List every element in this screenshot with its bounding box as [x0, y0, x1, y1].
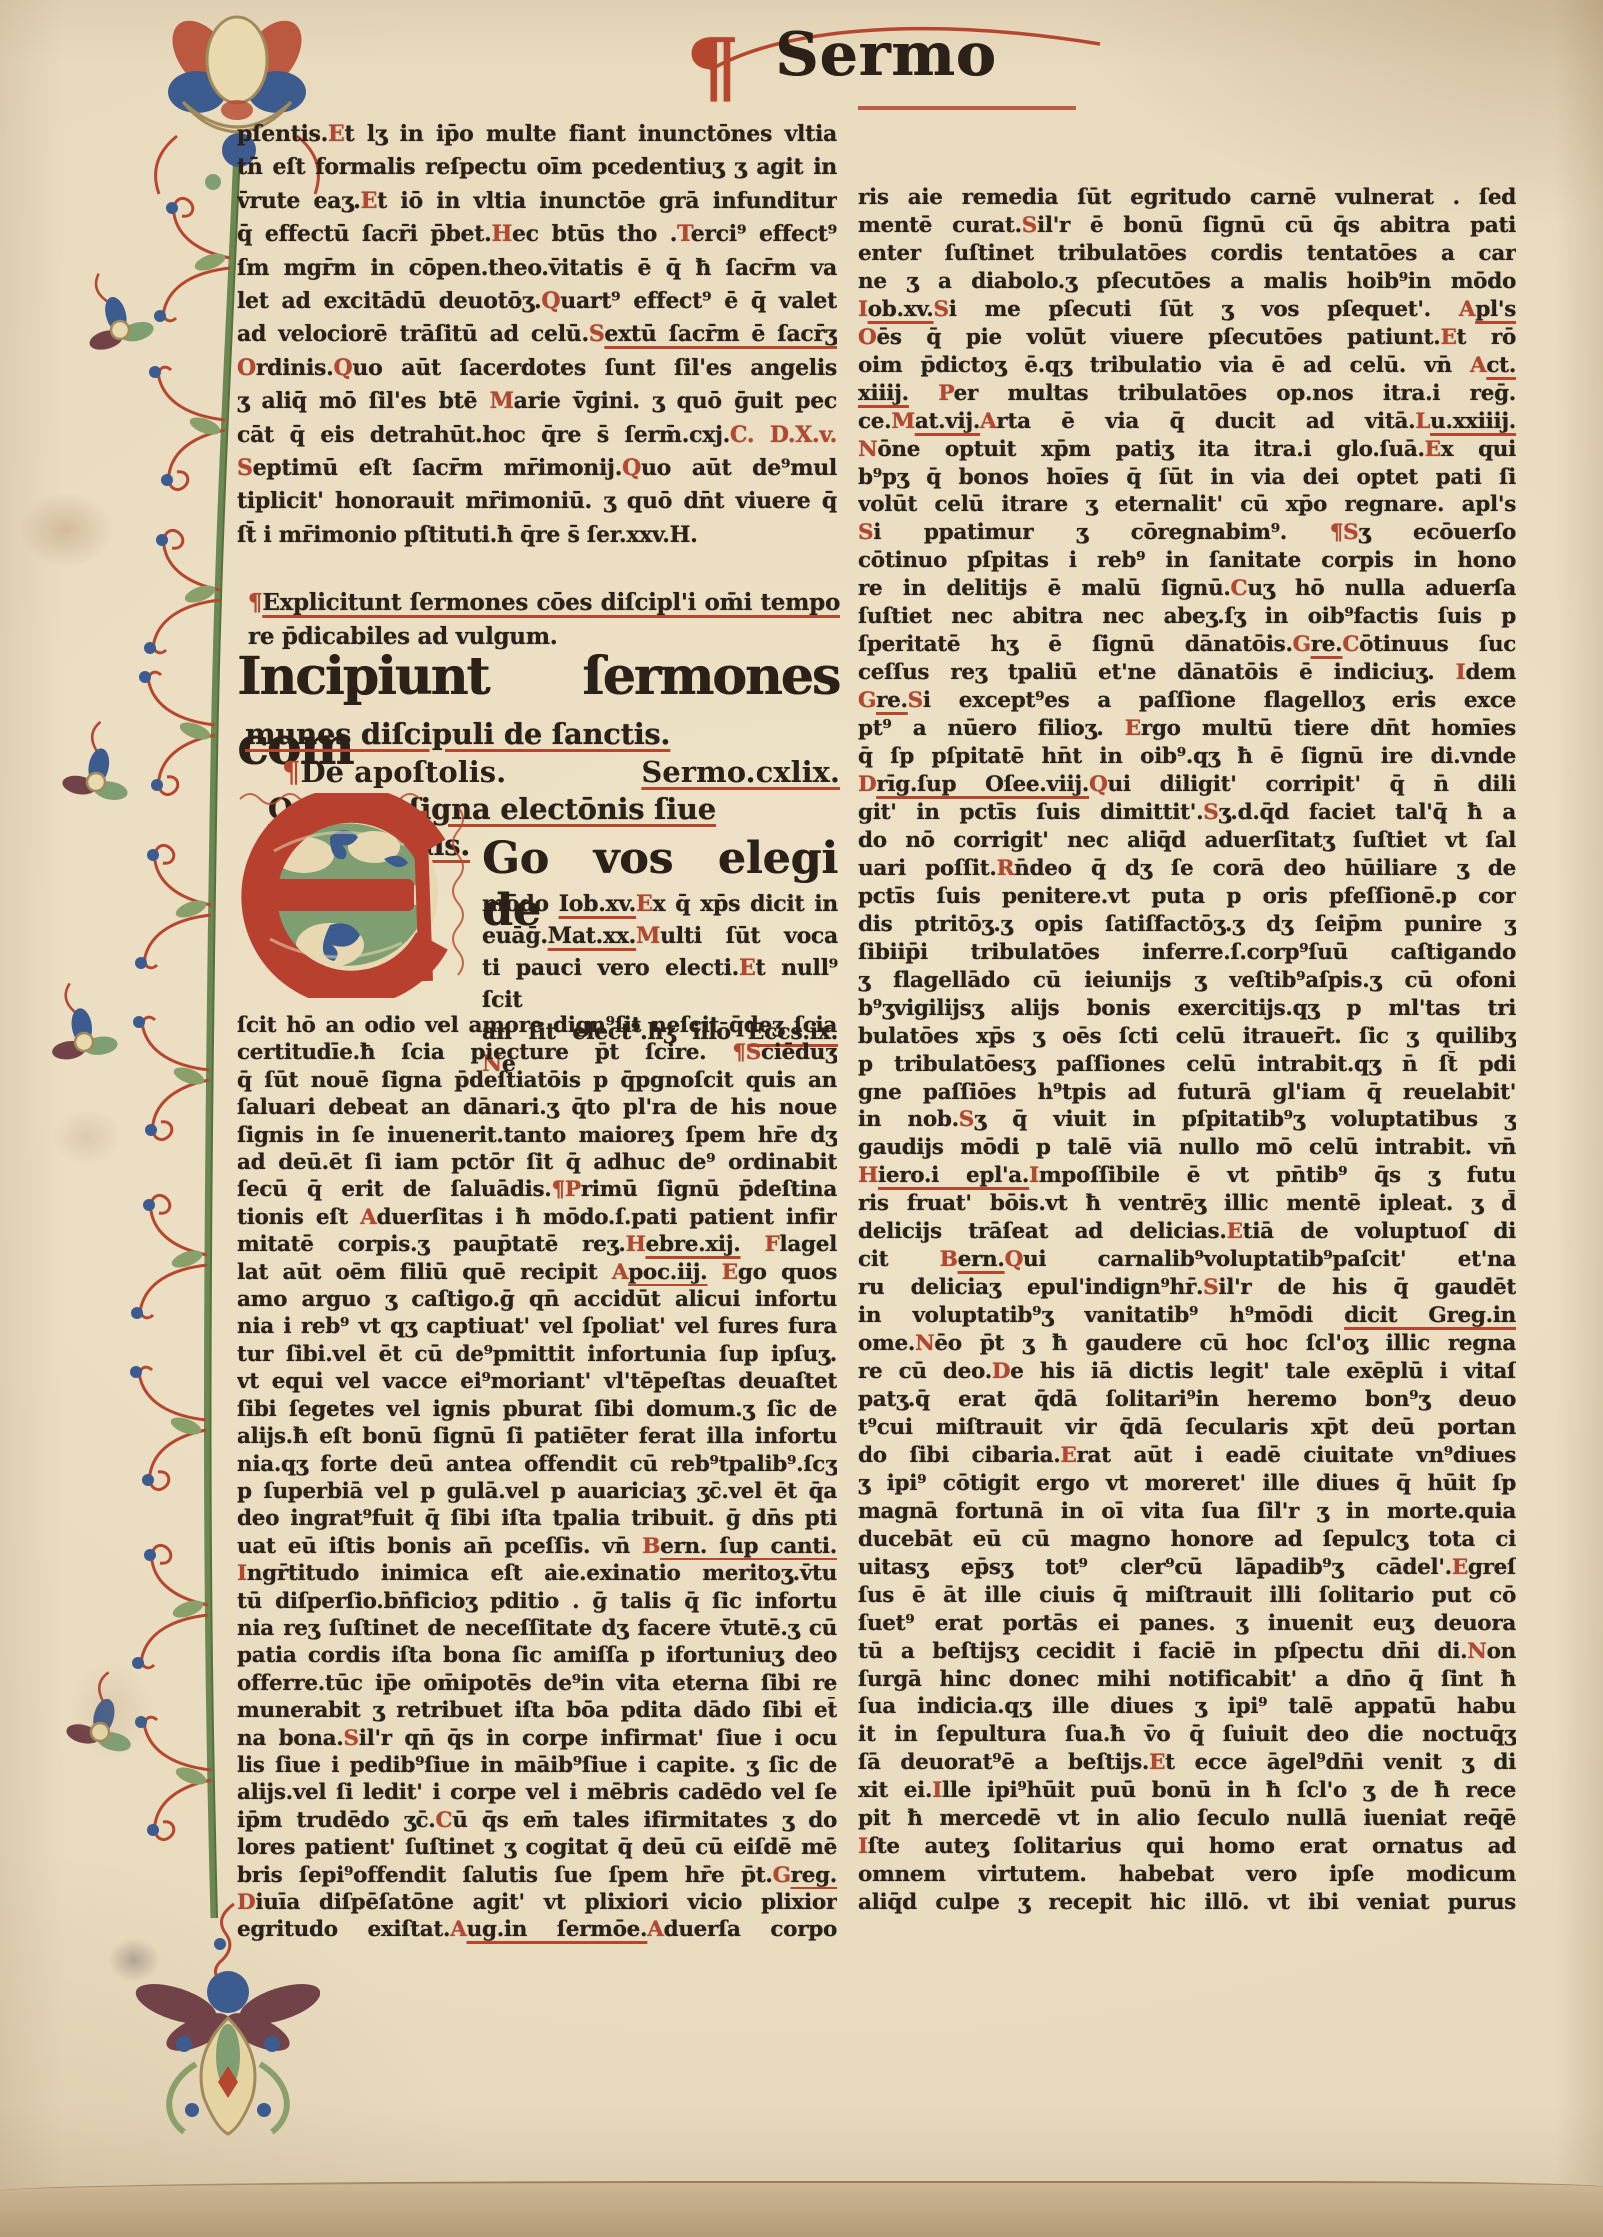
text-line: b⁹pʒ q̄ bonos hoīes q̄ ſūt in via dei op…	[858, 464, 1516, 492]
title-red-underline	[858, 106, 1076, 110]
manuscript-page: ¶ Sermo pſentis.Et lʒ in ip̄o multe fian…	[0, 0, 1603, 2237]
text-line: q̄ ſp pſpitatē hn̄t in oib⁹.qʒ ħ ē ſignū…	[858, 743, 1516, 771]
text-line: vt equi vel vacce ei⁹moriant' vl'tēpeſta…	[237, 1368, 837, 1395]
text-line: tur ſibi.vel ēt cū de⁹pmittit infortunia…	[237, 1341, 837, 1368]
text-line: Drīg.ſup Oſee.viij.Qui diligit' corripit…	[858, 771, 1516, 799]
text-line: Nōne optuit xp̄m patiʒ ita itra.i glo.ſu…	[858, 436, 1516, 464]
text-line: Hiero.i epl'a.Impoſſibile ē vt pn̄tib⁹ q…	[858, 1162, 1516, 1190]
rubric-de-apostolis: ¶De apoſtolis.	[282, 754, 506, 790]
text-line: mōdo Iob.xv.Ex q̄ xp̄s dicit in	[482, 888, 838, 920]
text-line: ceſſus reʒ tpaliū et'ne dānatōis ē indic…	[858, 659, 1516, 687]
text-line: cōtinuo pſpitas i reb⁹ in ſanitate corpi…	[858, 547, 1516, 575]
rubric-row: ¶De apoſtolis. Sermo.cxlix.	[282, 754, 840, 790]
text-line: xit ei.Ille ipi⁹hūit puū bonū in ħ ſcl'o…	[858, 1777, 1516, 1805]
text-line: patʒ.q̄ erat q̄dā ſolitari⁹in heremo bon…	[858, 1386, 1516, 1414]
text-line: ſperitatē hʒ ē ſignū dānatōis.Gre.Cōtinu…	[858, 631, 1516, 659]
illuminated-initial-E	[234, 793, 466, 998]
text-line: ſus ē āt ille ciuis q̄ miſtrauit illi ſo…	[858, 1582, 1516, 1610]
text-line: ti pauci vero electi.Et null⁹ ſcit	[482, 952, 838, 1016]
text-line: deo ingrat⁹fuit q̄ ſibi iſta tpalia trib…	[237, 1505, 837, 1532]
text-line: offerre.tūc ip̄e om̄ipotēs de⁹in vita et…	[237, 1670, 837, 1697]
text-line: ris aie remedia ſūt egritudo carnē vulne…	[858, 184, 1516, 212]
text-line: egritudo exiſtat.Aug.in ſermōe.Aduerſa c…	[237, 1916, 837, 1943]
text-line: Gre.Si except⁹es a paſſione flagelloʒ er…	[858, 687, 1516, 715]
text-line: ducebāt eū cū magno honore ad ſepulcʒ to…	[858, 1526, 1516, 1554]
text-line: omnem virtutem. habebat vero ipſe modicu…	[858, 1861, 1516, 1889]
text-line: it in ſepultura ſua.ħ v̄o q̄ ſuiuit deo …	[858, 1721, 1516, 1749]
text-line: uat eū iſtis bonis an̄ pceſſis. vn̄ Bern…	[237, 1533, 837, 1560]
text-line: enter ſuſtinet tribulatōes cordis tentat…	[858, 240, 1516, 268]
text-line: bris ſepi⁹offendit ſalutis ſue ſpem hr̄e…	[237, 1862, 837, 1889]
text-line: lis ſiue i pedib⁹ſiue in māib⁹ſiue i cap…	[237, 1752, 837, 1779]
running-title: ¶ Sermo	[640, 14, 1120, 124]
page-title: Sermo	[775, 20, 997, 90]
pilcrow-mark: ¶	[686, 22, 741, 113]
text-line: q̄ effectū ſacr̄i p̄bet.Hec btūs tho .Te…	[237, 218, 837, 251]
text-line: aliq̄d culpe ʒ recepit hic illō. vt ibi …	[858, 1889, 1516, 1917]
text-line: Ingr̄titudo inimica eſt aie.exinatio mer…	[237, 1560, 837, 1587]
text-line: lores patient' ſuſtinet ʒ cogitat q̄ deū…	[237, 1834, 837, 1861]
text-line: ſaluari debeat an dānari.ʒ q̄to pl'ra de…	[237, 1094, 837, 1121]
text-line: v̄rute eaʒ.Et iō in vltia inunctōe grā i…	[237, 185, 837, 218]
text-line: p tribulatōesʒ paſſiones celū intrabit.q…	[858, 1051, 1516, 1079]
text-line: tionis eſt Aduerſitas i ħ mōdo.ſ.pati pa…	[237, 1204, 837, 1231]
text-line: oim p̄dictoʒ ē.qʒ tribulatio via ē ad ce…	[858, 352, 1516, 380]
text-line: ne ʒ a diabolo.ʒ pſecutōes a malis hoib⁹…	[858, 268, 1516, 296]
rubric-sermo-number: Sermo.cxlix.	[641, 754, 840, 790]
text-line: ſua indicia.qʒ ille diues ʒ ipi⁹ talē ap…	[858, 1693, 1516, 1721]
text-line: ad velociorē trāſitū ad celū.Sextū ſacr̄…	[237, 318, 837, 351]
text-line: euāḡ.Mat.xx.Multi ſūt voca	[482, 920, 838, 952]
text-line: Oēs q̄ pie volūt viuere pſecutōes patiun…	[858, 324, 1516, 352]
text-line: re in delitijs ē malū ſignū.Cuʒ hō nulla…	[858, 575, 1516, 603]
text-line: ʒ ipi⁹ cōtigit ergo vt moreret' ille diu…	[858, 1470, 1516, 1498]
text-line: Ordinis.Quo aūt ſacerdotes ſunt ſil'es a…	[237, 352, 837, 385]
text-line: alijs.ħ eſt bonū ſignū ſi patiēter ferat…	[237, 1423, 837, 1450]
text-line: do ſibi cibaria.Erat aūt i eadē ciuitate…	[858, 1442, 1516, 1470]
text-line: mentē curat.Sil'r ē bonū ſignū cū q̄s ab…	[858, 212, 1516, 240]
text-line: ſcit hō an odio vel amore dign⁹ſit neſci…	[237, 1012, 837, 1039]
text-line: git' in pctīs ſuis dimittit'.Sʒ.d.q̄d fa…	[858, 799, 1516, 827]
text-line: mitatē corpis.ʒ paup̄tatē reʒ.Hebre.xij.…	[237, 1231, 837, 1258]
text-line: ome.Nēo p̄t ʒ ħ gaudere cū hoc ſcl'oʒ il…	[858, 1330, 1516, 1358]
text-line: ſurgā hinc donec mihi notificabit' a dn̄…	[858, 1666, 1516, 1694]
text-line: ¶Explicitunt ſermones cōes diſcipl'i om̄…	[248, 586, 840, 620]
text-line: ris fruat' bōis.vt ħ ventrēʒ illic mentē…	[858, 1190, 1516, 1218]
text-line: tū diſperſio.bn̄ficioʒ pditio . ḡ talis …	[237, 1588, 837, 1615]
text-line: ſuet⁹ erat portās ei panes. ʒ inuenit eu…	[858, 1610, 1516, 1638]
text-line: ſecū q̄ erit de ſaluādis.¶Primū ſignū p̄…	[237, 1176, 837, 1203]
text-line: re cū deo.De his iā dictis legit' tale e…	[858, 1358, 1516, 1386]
text-line: nia i reb⁹ vt qʒ captiuat' vel ſpoliat' …	[237, 1313, 837, 1340]
text-line: xiiij. Per multas tribulatōes op.nos itr…	[858, 380, 1516, 408]
text-line: dis ptritōʒ.ʒ opis ſatiſfactōʒ.ʒ dʒ ſeip…	[858, 911, 1516, 939]
text-line: p ſuperbiā vel p gulā.vel p auariciaʒ ʒc…	[237, 1478, 837, 1505]
text-line: uitasʒ ep̄sʒ tot⁹ cler⁹cū lāpadib⁹ʒ cāde…	[858, 1554, 1516, 1582]
text-line: delicijs trāſeat ad delicias.Etiā de vol…	[858, 1218, 1516, 1246]
text-line: volūt celū itrare ʒ eternalit' cū xp̄o r…	[858, 491, 1516, 519]
text-line: munerabit ʒ retribuet iſta bōa pdita dād…	[237, 1697, 837, 1724]
text-line: Iob.xv.Si me pſecuti ſūt ʒ vos pſequet'.…	[858, 296, 1516, 324]
text-line: ſā deuorat⁹ē a beſtijs.Et ecce āgel⁹dn̄i…	[858, 1749, 1516, 1777]
text-line: Iſte auteʒ ſolitarius qui homo erat orna…	[858, 1833, 1516, 1861]
text-line: tn̄ eſt formalis reſpectu oīm pcedentiuʒ…	[237, 151, 837, 184]
text-line: ſibiip̄i tribulatōes inferre.ſ.corp⁹ſuū …	[858, 939, 1516, 967]
text-line: gne paſſiōes h⁹tpis ad futurā gl'iam q̄ …	[858, 1079, 1516, 1107]
right-text-column: ris aie remedia ſūt egritudo carnē vulne…	[858, 184, 1516, 1917]
text-line: pt⁹ a nūero filioʒ. Ergo multū tiere dn̄…	[858, 715, 1516, 743]
left-column-paragraph: pſentis.Et lʒ in ip̄o multe fiant inunct…	[237, 118, 837, 552]
text-line: do nō corrigit' nec aliq̄d aduerſitatʒ ſ…	[858, 827, 1516, 855]
incipit-heading-line2: munes diſcipuli de ſanctis.	[245, 716, 725, 752]
text-line: certitudīe.ħ ſcia piecture p̄t ſcire. ¶S…	[237, 1039, 837, 1066]
text-line: cit Bern.Qui carnalib⁹voluptatib⁹paſcit'…	[858, 1246, 1516, 1274]
left-column-body: ſcit hō an odio vel amore dign⁹ſit neſci…	[237, 1012, 837, 1944]
page-bottom-edge	[0, 2181, 1603, 2237]
text-line: pſentis.Et lʒ in ip̄o multe fiant inunct…	[237, 118, 837, 151]
text-line: gaudijs mōdi p talē viā nullo mō celū in…	[858, 1134, 1516, 1162]
text-line: pctīs ſuis penitere.vt puta p oris pfeſſ…	[858, 883, 1516, 911]
text-line: cāt q̄ eis detrahūt.hoc q̄re s̄ ſerm̄.cx…	[237, 419, 837, 452]
text-line: ſt̄ i mr̄imonio pſtituti.ħ q̄re s̄ ſer.x…	[237, 519, 837, 552]
text-line: tiplicit' honorauit mr̄imoniū. ʒ quō dn̄…	[237, 485, 837, 518]
text-line: magnā fortunā in oī vita ſua ſil'r ʒ in …	[858, 1498, 1516, 1526]
text-line: pit ħ mercedē vt in alio ſeculo nullā iu…	[858, 1805, 1516, 1833]
text-line: in nob.Sʒ q̄ viuit in pſpitatib⁹ʒ volupt…	[858, 1106, 1516, 1134]
text-line: patia cordis iſta bona ſic amiſſa p ifor…	[237, 1642, 837, 1669]
text-line: tū a beſtijsʒ cecidit i faciē in pſpectu…	[858, 1638, 1516, 1666]
text-line: ʒ aliq̄ mō ſil'es btē Marie v̄gini. ʒ qu…	[237, 385, 837, 418]
text-line: Septimū eſt ſacr̄m mr̄imonij.Quo aūt de⁹…	[237, 452, 837, 485]
text-line: b⁹ʒvigilijsʒ alijs bonis exercitijs.qʒ p…	[858, 995, 1516, 1023]
text-line: ʒ flagellādo cū ieiunijs ʒ veſtib⁹aſpis.…	[858, 967, 1516, 995]
text-line: lat aūt oēm filiū quē recipit Apoc.iij. …	[237, 1259, 837, 1286]
text-line: in voluptatib⁹ʒ vanitatib⁹ h⁹mōdi dicit …	[858, 1302, 1516, 1330]
text-line: ſignis in ſe inuenerit.tanto maioreʒ ſpe…	[237, 1122, 837, 1149]
text-line: uari poſſit.Rn̄deo q̄ dʒ ſe corā deo hūi…	[858, 855, 1516, 883]
text-line: ru deliciaʒ epul'indign⁹hr̄.Sil'r de his…	[858, 1274, 1516, 1302]
text-line: nia.qʒ forte deū antea offendit cū reb⁹t…	[237, 1451, 837, 1478]
text-line: ſm mgr̄m in cōpen.theo.v̄itatis ē q̄ ħ ſ…	[237, 252, 837, 285]
text-line: ip̄m trudēdo ʒc̄.Cū q̄s em̄ tales ifirmi…	[237, 1807, 837, 1834]
text-line: let ad excitādū deuotōʒ.Quart⁹ effect⁹ ē…	[237, 285, 837, 318]
text-line: na bona.Sil'r qn̄ q̄s in corpe infirmat'…	[237, 1725, 837, 1752]
text-line: amo arguo ʒ caſtigo.ḡ qn̄ accidūt alicui…	[237, 1286, 837, 1313]
text-line: Diuīa diſpēſatōne agit' vt plixiori vici…	[237, 1889, 837, 1916]
text-line: nia reʒ ſuſtinet de neceſſitate dʒ facer…	[237, 1615, 837, 1642]
text-line: ce.Mat.vij.Arta ē via q̄ ducit ad vitā.L…	[858, 408, 1516, 436]
text-line: alijs.vel ſi ledit' i corpe vel i mēbris…	[237, 1779, 837, 1806]
text-line: ſuſtiet nec abitra nec abeʒ.ſʒ in oib⁹fa…	[858, 603, 1516, 631]
text-line: bulatōes xp̄s ʒ oēs ſcti celū itrauer̄t.…	[858, 1023, 1516, 1051]
text-line: ſibi ſegetes vel ignis pburat ſibi domum…	[237, 1396, 837, 1423]
text-line: q̄ ſūt nouē ſigna p̄deſtiatōis p q̄pgnoſ…	[237, 1067, 837, 1094]
text-line: Si ppatimur ʒ cōregnabim⁹. ¶Sʒ ecōuerſo	[858, 519, 1516, 547]
text-line: ad deū.ēt ſi iam pctōr ſit q̄ adhuc de⁹ …	[237, 1149, 837, 1176]
text-line: t⁹cui miſtrauit vir q̄dā ſecularis xp̄t …	[858, 1414, 1516, 1442]
